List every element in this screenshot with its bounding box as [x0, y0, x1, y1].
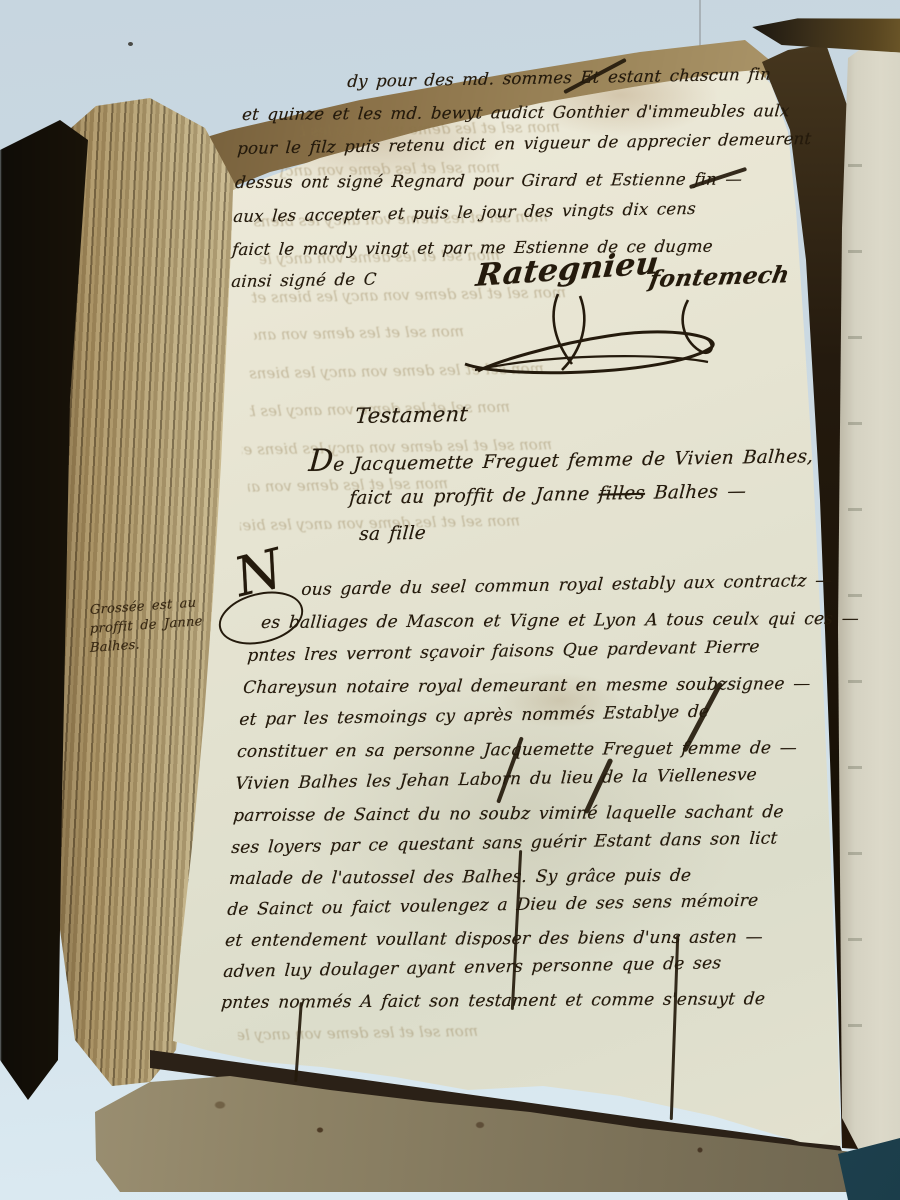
act-line: malade de l'autossel des Balhes. Sy grâc…	[228, 866, 692, 889]
background-speck	[128, 42, 133, 46]
facing-page-top-edge	[751, 13, 900, 52]
closing-line: dessus ont signé Regnard pour Girard et …	[234, 169, 742, 192]
title-line-post: Balhes —	[653, 481, 746, 504]
closing-line: ainsi signé de C	[231, 269, 378, 291]
act-line: parroisse de Sainct du no soubz viminé l…	[232, 802, 784, 826]
title-line: sa fille	[359, 523, 427, 545]
margin-note: Grossée est au proffit de Janne Balhes.	[90, 593, 203, 658]
signature-paraph-flourish	[440, 292, 740, 382]
title-line-pre: faict au proffit de Janne	[349, 484, 591, 509]
act-line: Chareysun notaire royal demeurant en mes…	[242, 674, 811, 698]
closing-line: et quinze et les md. bewyt audict Gonthi…	[241, 101, 790, 124]
manuscript-photo: mon sel et les deme von ancy les biens e…	[0, 0, 900, 1200]
signature-countermark: fontemech	[647, 261, 791, 293]
act-heading: Testament	[354, 402, 468, 428]
act-line: es balliages de Mascon et Vigne et Lyon …	[260, 609, 859, 633]
struck-word: filles	[598, 483, 646, 505]
facing-page	[836, 28, 900, 1178]
act-line: et entendement voullant disposer des bie…	[224, 927, 763, 951]
